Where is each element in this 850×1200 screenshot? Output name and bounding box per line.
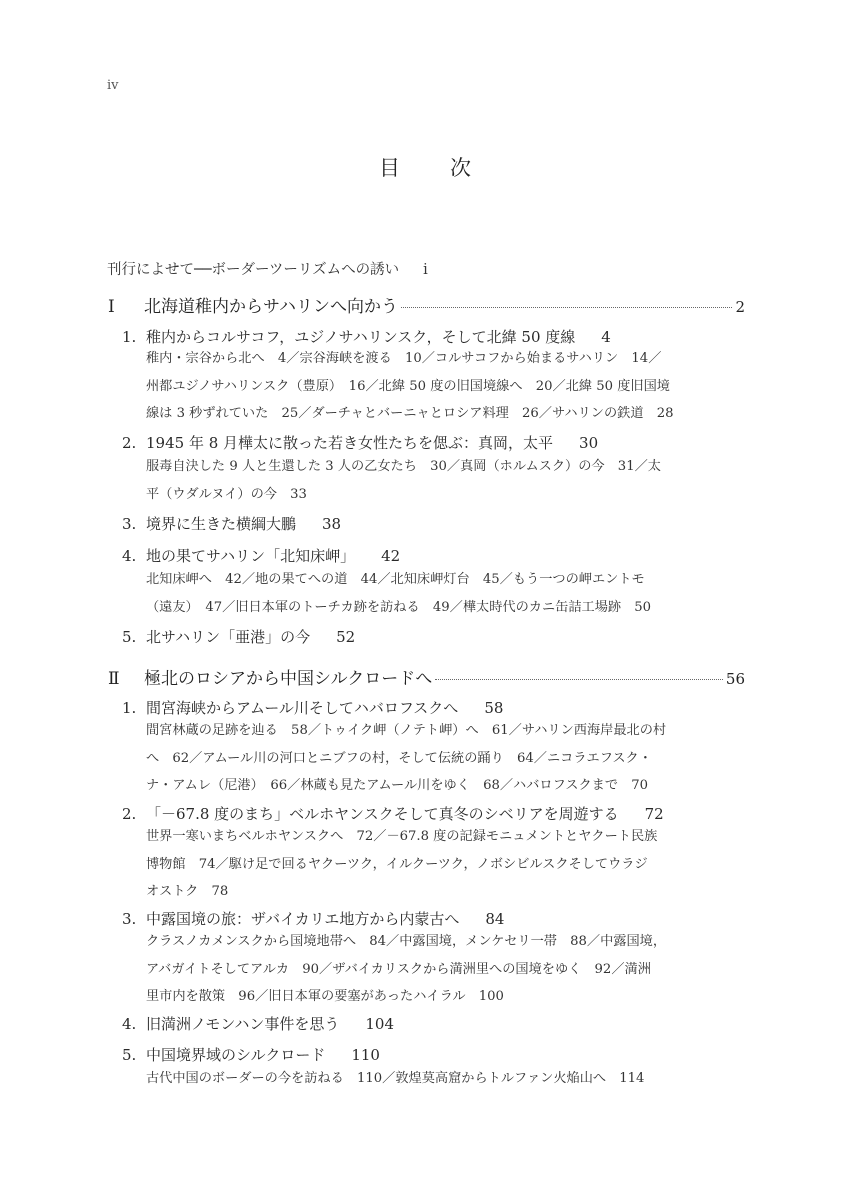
chapter-page: 84 — [485, 910, 504, 928]
subsection-line: 世界一寒いまちベルホヤンスクへ 72／－67.8 度の記録モニュメントとヤクート… — [146, 823, 746, 851]
subsection-line: （遠友） 47／旧日本軍のトーチカ跡を訪ねる 49／樺太時代のカニ缶詰工場跡 5… — [146, 594, 746, 622]
toc-part-2[interactable]: Ⅱ 極北のロシアから中国シルクロードへ 56 — [108, 664, 745, 689]
part-title: 北海道稚内からサハリンへ向かう — [144, 292, 398, 317]
chapter-number: 4. — [122, 1015, 146, 1033]
chapter-title: 間宮海峡からアムール川そしてハバロフスクへ — [146, 699, 458, 717]
subsection-line: 稚内・宗谷から北へ 4／宗谷海峡を渡る 10／コルサコフから始まるサハリン 14… — [146, 345, 746, 373]
subsection-line: 間宮林蔵の足跡を辿る 58／トゥイク岬（ノテト岬）へ 61／サハリン西海岸最北の… — [146, 717, 746, 745]
toc-chapter[interactable]: 5.中国境界域のシルクロード110 — [122, 1044, 380, 1065]
toc-chapter[interactable]: 3.境界に生きた横綱大鵬38 — [122, 513, 341, 534]
subsection-line: 服毒自決した 9 人と生還した 3 人の乙女たち 30／真岡（ホルムスク）の今 … — [146, 453, 746, 481]
chapter-page: 72 — [645, 805, 664, 823]
chapter-title: 1945 年 8 月樺太に散った若き女性たちを偲ぶ：真岡，太平 — [146, 434, 553, 452]
part-title: 極北のロシアから中国シルクロードへ — [144, 664, 432, 689]
chapter-title: 北サハリン「亜港」の今 — [146, 628, 310, 646]
part-page: 2 — [735, 298, 745, 316]
subsection-line: 平（ウダルヌイ）の今 33 — [146, 481, 746, 509]
page-title: 目次 — [0, 152, 850, 182]
chapter-number: 3. — [122, 515, 146, 533]
subsection-line: クラスノカメンスクから国境地帯へ 84／中露国境，メンケセリ一帯 88／中露国境… — [146, 928, 746, 956]
chapter-subsections: 間宮林蔵の足跡を辿る 58／トゥイク岬（ノテト岬）へ 61／サハリン西海岸最北の… — [146, 717, 746, 800]
toc-entry-preface[interactable]: 刊行によせて──ボーダーツーリズムへの誘いi — [107, 258, 428, 279]
subsection-line: 博物館 74／駆け足で回るヤクーツク，イルクーツク，ノボシビルスクそしてウラジ — [146, 851, 746, 879]
entry-page: i — [423, 262, 428, 278]
chapter-page: 38 — [322, 515, 341, 533]
chapter-number: 2. — [122, 805, 146, 823]
chapter-title: 「－67.8 度のまち」ベルホヤンスクそして真冬のシベリアを周遊する — [146, 805, 619, 823]
chapter-title: 中国境界域のシルクロード — [146, 1046, 325, 1064]
chapter-page: 30 — [579, 434, 598, 452]
chapter-number: 1. — [122, 699, 146, 717]
chapter-page: 52 — [336, 628, 355, 646]
chapter-subsections: 北知床岬へ 42／地の果てへの道 44／北知床岬灯台 45／もう一つの岬エントモ… — [146, 566, 746, 621]
chapter-page: 104 — [365, 1015, 394, 1033]
chapter-title: 境界に生きた横綱大鵬 — [146, 515, 296, 533]
title-char: 目 — [379, 152, 400, 182]
part-numeral: Ⅱ — [108, 669, 144, 689]
subsection-line: 北知床岬へ 42／地の果てへの道 44／北知床岬灯台 45／もう一つの岬エントモ — [146, 566, 746, 594]
chapter-page: 4 — [601, 328, 611, 346]
chapter-subsections: 世界一寒いまちベルホヤンスクへ 72／－67.8 度の記録モニュメントとヤクート… — [146, 823, 746, 906]
chapter-subsections: クラスノカメンスクから国境地帯へ 84／中露国境，メンケセリ一帯 88／中露国境… — [146, 928, 746, 1011]
part-numeral: Ⅰ — [108, 297, 144, 317]
chapter-subsections: 古代中国のボーダーの今を訪ねる 110／敦煌莫高窟からトルファン火焔山へ 114 — [146, 1065, 746, 1093]
dotted-leader — [435, 679, 723, 680]
toc-part-1[interactable]: Ⅰ 北海道稚内からサハリンへ向かう 2 — [108, 292, 745, 317]
chapter-number: 5. — [122, 628, 146, 646]
toc-chapter[interactable]: 3.中露国境の旅：ザバイカリエ地方から内蒙古へ84 — [122, 908, 504, 929]
chapter-title: 地の果てサハリン「北知床岬」 — [146, 547, 355, 565]
subsection-line: 里市内を散策 96／旧日本軍の要塞があったハイラル 100 — [146, 983, 746, 1011]
entry-title: 刊行によせて──ボーダーツーリズムへの誘い — [107, 262, 399, 278]
toc-chapter[interactable]: 5.北サハリン「亜港」の今52 — [122, 626, 355, 647]
subsection-line: オストク 78 — [146, 878, 746, 906]
chapter-subsections: 稚内・宗谷から北へ 4／宗谷海峡を渡る 10／コルサコフから始まるサハリン 14… — [146, 345, 746, 428]
chapter-number: 4. — [122, 547, 146, 565]
toc-chapter[interactable]: 2.「－67.8 度のまち」ベルホヤンスクそして真冬のシベリアを周遊する72 — [122, 803, 664, 824]
subsection-line: アバガイトそしてアルカ 90／ザバイカリスクから満洲里への国境をゆく 92／満洲 — [146, 956, 746, 984]
chapter-title: 稚内からコルサコフ，ユジノサハリンスク，そして北緯 50 度線 — [146, 328, 575, 346]
subsection-line: 線は 3 秒ずれていた 25／ダーチャとバーニャとロシア料理 26／サハリンの鉄… — [146, 400, 746, 428]
part-page: 56 — [726, 670, 745, 688]
chapter-page: 58 — [484, 699, 503, 717]
chapter-number: 3. — [122, 910, 146, 928]
chapter-page: 42 — [381, 547, 400, 565]
toc-chapter[interactable]: 2.1945 年 8 月樺太に散った若き女性たちを偲ぶ：真岡，太平30 — [122, 432, 598, 453]
chapter-title: 旧満洲ノモンハン事件を思う — [146, 1015, 339, 1033]
subsection-line: 古代中国のボーダーの今を訪ねる 110／敦煌莫高窟からトルファン火焔山へ 114 — [146, 1065, 746, 1093]
title-char: 次 — [450, 152, 471, 182]
chapter-number: 5. — [122, 1046, 146, 1064]
chapter-subsections: 服毒自決した 9 人と生還した 3 人の乙女たち 30／真岡（ホルムスク）の今 … — [146, 453, 746, 508]
chapter-number: 1. — [122, 328, 146, 346]
toc-chapter[interactable]: 4.地の果てサハリン「北知床岬」42 — [122, 545, 400, 566]
page-folio: iv — [107, 78, 119, 93]
subsection-line: 州都ユジノサハリンスク（豊原） 16／北緯 50 度の旧国境線へ 20／北緯 5… — [146, 373, 746, 401]
chapter-page: 110 — [351, 1046, 380, 1064]
toc-chapter[interactable]: 4.旧満洲ノモンハン事件を思う104 — [122, 1013, 394, 1034]
toc-chapter[interactable]: 1.間宮海峡からアムール川そしてハバロフスクへ58 — [122, 697, 503, 718]
toc-chapter[interactable]: 1.稚内からコルサコフ，ユジノサハリンスク，そして北緯 50 度線4 — [122, 326, 611, 347]
dotted-leader — [401, 307, 732, 308]
chapter-title: 中露国境の旅：ザバイカリエ地方から内蒙古へ — [146, 910, 459, 928]
subsection-line: へ 62／アムール川の河口とニブフの村，そして伝統の踊り 64／ニコラエフスク・ — [146, 745, 746, 773]
subsection-line: ナ・アムレ（尼港） 66／林蔵も見たアムール川をゆく 68／ハバロフスクまで 7… — [146, 772, 746, 800]
chapter-number: 2. — [122, 434, 146, 452]
